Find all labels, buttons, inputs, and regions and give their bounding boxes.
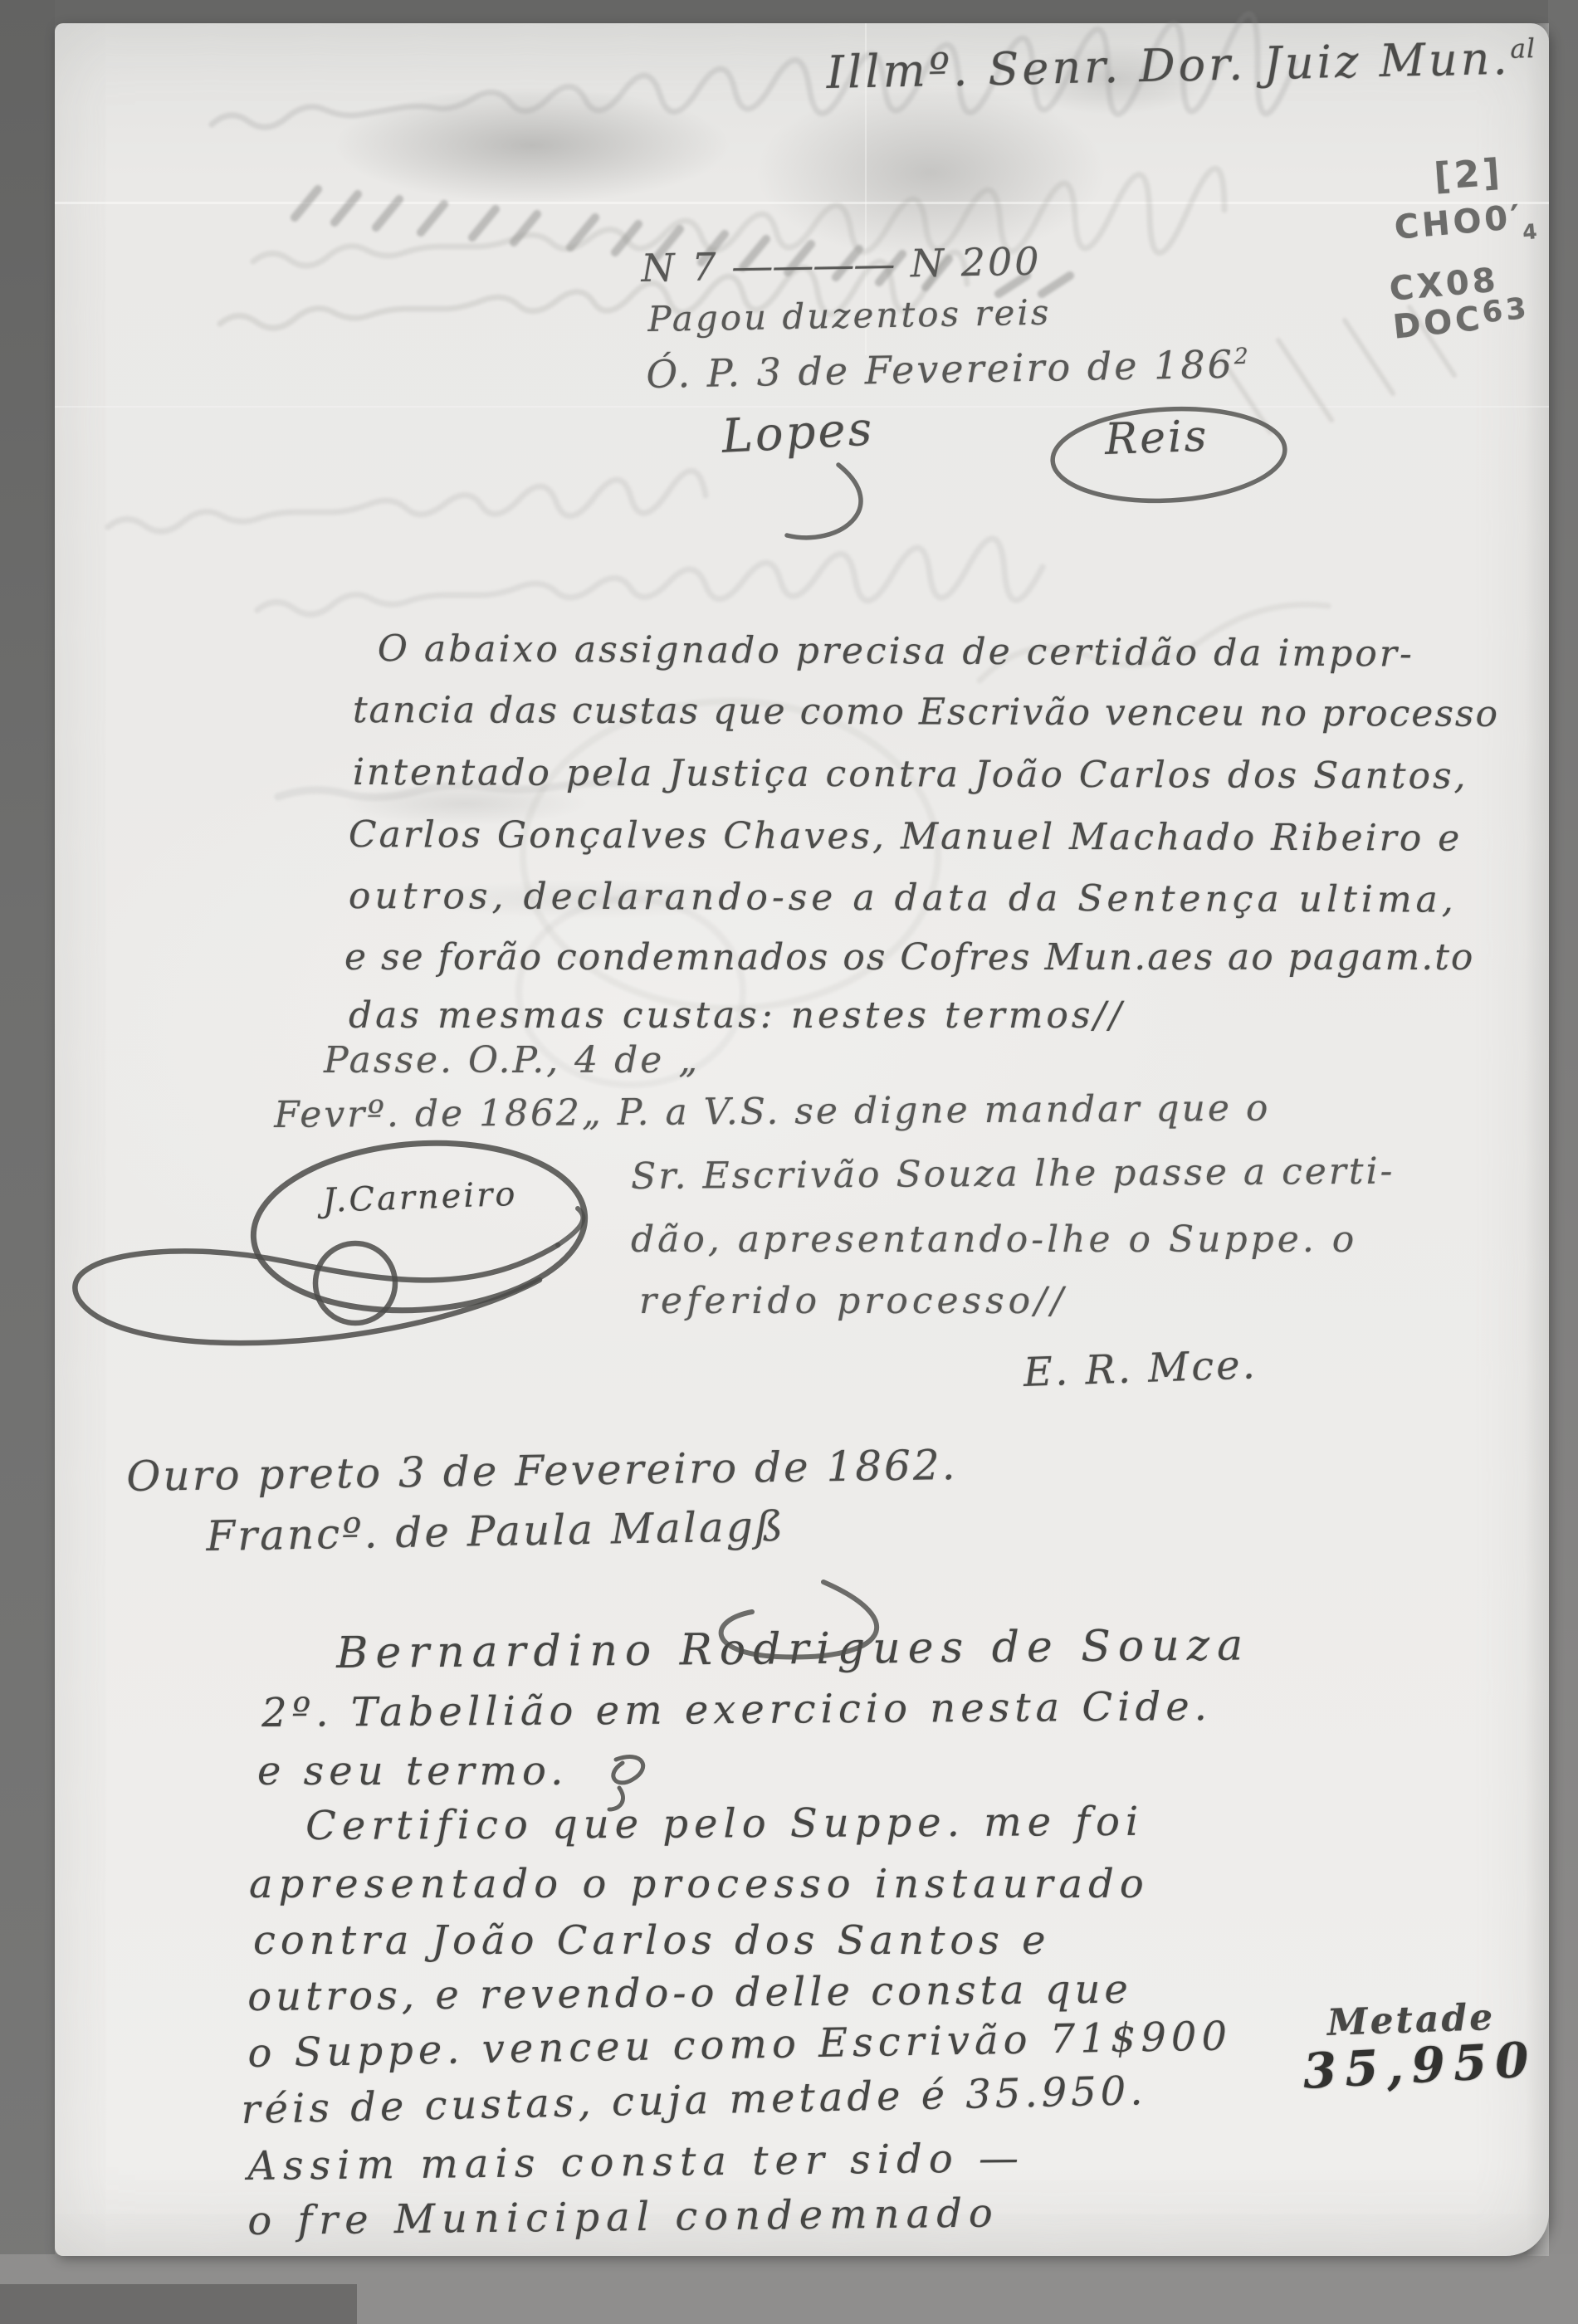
- certificate-line-1: Bernardino Rodrigues de Souza: [336, 1620, 1250, 1678]
- certificate-line-6: contra João Carlos dos Santos e: [253, 1917, 1051, 1964]
- scanned-manuscript-page: Illmº. Senr. Dor. Juiz Mun.al N 7 ―――― N…: [0, 0, 1578, 2324]
- registry-number-line: N 7 ―――― N 200: [641, 239, 1042, 290]
- certificate-line-4: Certifico que pelo Suppe. me foi: [305, 1799, 1144, 1849]
- despacho-line-5: referido processo//: [639, 1280, 1067, 1322]
- registry-signature-left: Lopes: [721, 402, 876, 464]
- closing-courtesy: E. R. Mce.: [1023, 1341, 1258, 1396]
- despacho-line-3: Sr. Escrivão Souza lhe passe a certi-: [631, 1150, 1395, 1198]
- header-salutation-superscript: al: [1510, 34, 1536, 65]
- certificate-line-7: outros, e revendo-o delle consta que: [247, 1966, 1132, 2020]
- archival-page-mark: [2]: [1433, 151, 1504, 198]
- despacho-line-4: dão, apresentando-lhe o Suppe. o: [631, 1218, 1357, 1261]
- petition-line-3: intentado pela Justiça contra João Carlo…: [353, 751, 1468, 798]
- despacho-rubric-name: J.Carneiro: [322, 1175, 518, 1220]
- scanner-background-bottom-shadow: [0, 2284, 357, 2324]
- certificate-line-10: Assim mais consta ter sido —: [247, 2135, 1025, 2190]
- despacho-line-2: Fevrº. de 1862„ P. a V.S. se digne manda…: [274, 1087, 1271, 1136]
- scanner-background-top: [0, 0, 1578, 25]
- certificate-line-3: e seu termo.: [257, 1748, 568, 1794]
- despacho-line-1: Passe. O.P., 4 de „: [324, 1039, 700, 1081]
- petition-line-2: tancia das custas que como Escrivão venc…: [353, 689, 1499, 735]
- petition-line-1: O abaixo assignado precisa de certidão d…: [378, 627, 1414, 676]
- petition-line-7: das mesmas custas: nestes termos//: [349, 994, 1125, 1037]
- registry-date-superscript: 2: [1234, 344, 1249, 369]
- registry-fee-line: Pagou duzentos reis: [647, 292, 1052, 339]
- scanner-background-right: [1548, 0, 1578, 2324]
- petition-line-6: e se forão condemnados os Cofres Mun.aes…: [344, 936, 1474, 979]
- petition-line-4: Carlos Gonçalves Chaves, Manuel Machado …: [349, 813, 1463, 860]
- certificate-line-5: apresentado o processo instaurado: [249, 1861, 1150, 1907]
- archival-doc-number: 63: [1481, 291, 1532, 330]
- closing-signature: Francº. de Paula Malagß: [206, 1502, 786, 1560]
- certificate-line-2: 2º. Tabellião em exercicio nesta Cide.: [261, 1683, 1212, 1736]
- petition-line-5: outros, declarando-se a data da Sentença…: [349, 875, 1458, 921]
- scanner-background-left: [0, 0, 55, 2324]
- archival-fundo-subscript: 4: [1522, 219, 1541, 245]
- registry-signature-right: Reis: [1104, 412, 1209, 465]
- certificate-line-11: o fre Municipal condemnado: [247, 2190, 999, 2244]
